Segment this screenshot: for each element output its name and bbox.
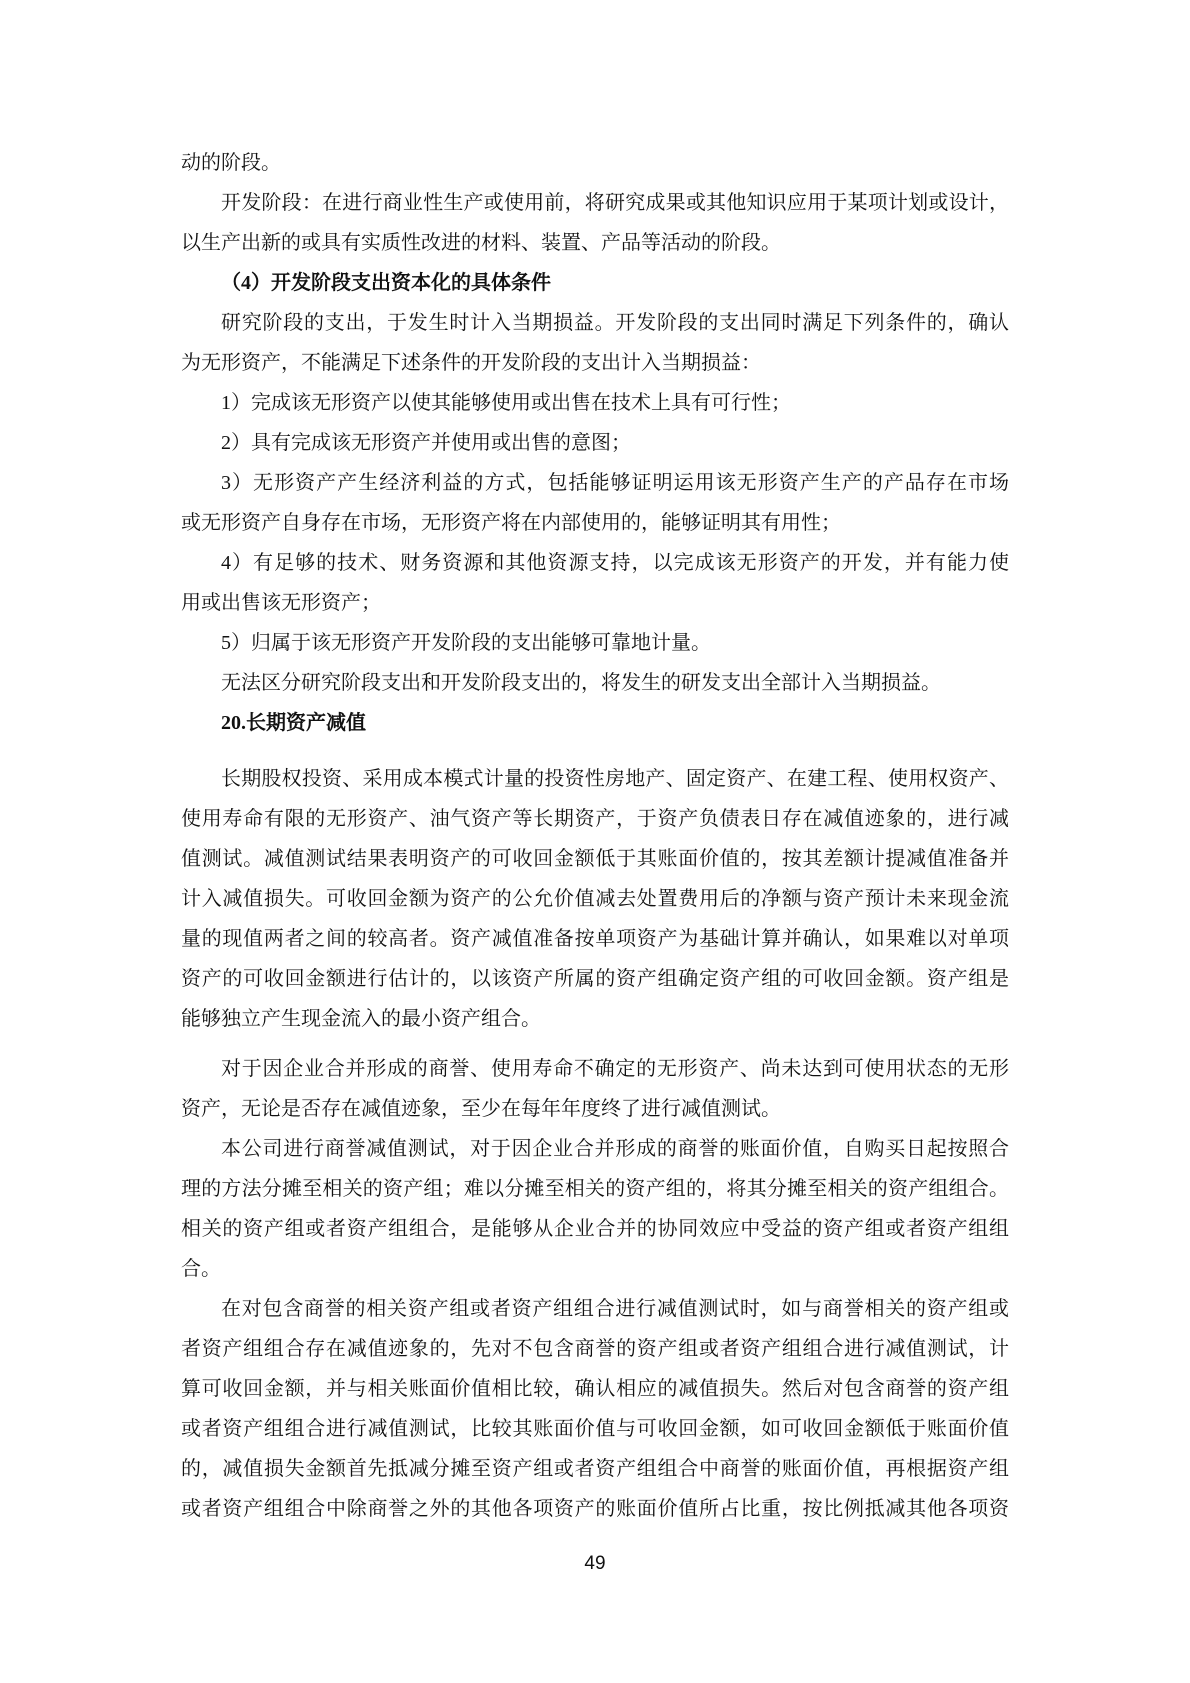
heading-line: （4）开发阶段支出资本化的具体条件 [181,263,1009,303]
paragraph: 无法区分研究阶段支出和开发阶段支出的，将发生的研发支出全部计入当期损益。 [181,663,1009,703]
paragraph: 对于因企业合并形成的商誉、使用寿命不确定的无形资产、尚未达到可使用状态的无形资产… [181,1049,1009,1129]
text-line: 长期股权投资、采用成本模式计量的投资性房地产、固定资产、在建工程、使用权资产、 [181,759,1009,799]
paragraph: 4）有足够的技术、财务资源和其他资源支持，以完成该无形资产的开发，并有能力使用或… [181,543,1009,623]
document-page: 动的阶段。开发阶段：在进行商业性生产或使用前，将研究成果或其他知识应用于某项计划… [0,0,1190,1683]
text-line: 合。 [181,1249,1009,1289]
text-line: 使用寿命有限的无形资产、油气资产等长期资产，于资产负债表日存在减值迹象的，进行减 [181,799,1009,839]
text-line: 在对包含商誉的相关资产组或者资产组组合进行减值测试时，如与商誉相关的资产组或 [181,1289,1009,1329]
text-line: 以生产出新的或具有实质性改进的材料、装置、产品等活动的阶段。 [181,223,1009,263]
paragraph: 动的阶段。 [181,143,1009,183]
text-line: 无法区分研究阶段支出和开发阶段支出的，将发生的研发支出全部计入当期损益。 [181,663,1009,703]
text-line: 1）完成该无形资产以使其能够使用或出售在技术上具有可行性； [181,383,1009,423]
text-line: 研究阶段的支出，于发生时计入当期损益。开发阶段的支出同时满足下列条件的，确认 [181,303,1009,343]
text-line: 能够独立产生现金流入的最小资产组合。 [181,999,1009,1039]
text-line: 开发阶段：在进行商业性生产或使用前，将研究成果或其他知识应用于某项计划或设计， [181,183,1009,223]
text-line: 5）归属于该无形资产开发阶段的支出能够可靠地计量。 [181,623,1009,663]
text-line: 4）有足够的技术、财务资源和其他资源支持，以完成该无形资产的开发，并有能力使 [181,543,1009,583]
paragraph: 本公司进行商誉减值测试，对于因企业合并形成的商誉的账面价值，自购买日起按照合理的… [181,1129,1009,1289]
paragraph: 3）无形资产产生经济利益的方式，包括能够证明运用该无形资产生产的产品存在市场或无… [181,463,1009,543]
paragraph: 2）具有完成该无形资产并使用或出售的意图； [181,423,1009,463]
page-number: 49 [0,1553,1190,1575]
paragraph: 5）归属于该无形资产开发阶段的支出能够可靠地计量。 [181,623,1009,663]
paragraph: 研究阶段的支出，于发生时计入当期损益。开发阶段的支出同时满足下列条件的，确认为无… [181,303,1009,383]
text-line: 3）无形资产产生经济利益的方式，包括能够证明运用该无形资产生产的产品存在市场 [181,463,1009,503]
text-line: 2）具有完成该无形资产并使用或出售的意图； [181,423,1009,463]
text-line: 资产，无论是否存在减值迹象，至少在每年年度终了进行减值测试。 [181,1089,1009,1129]
document-body: 动的阶段。开发阶段：在进行商业性生产或使用前，将研究成果或其他知识应用于某项计划… [181,143,1009,1529]
text-line: 或者资产组组合中除商誉之外的其他各项资产的账面价值所占比重，按比例抵减其他各项资 [181,1489,1009,1529]
text-line: 资产的可收回金额进行估计的，以该资产所属的资产组确定资产组的可收回金额。资产组是 [181,959,1009,999]
text-line: 为无形资产，不能满足下述条件的开发阶段的支出计入当期损益： [181,343,1009,383]
text-line: 用或出售该无形资产； [181,583,1009,623]
paragraph: 开发阶段：在进行商业性生产或使用前，将研究成果或其他知识应用于某项计划或设计，以… [181,183,1009,263]
paragraph: 长期股权投资、采用成本模式计量的投资性房地产、固定资产、在建工程、使用权资产、使… [181,759,1009,1039]
text-line: 计入减值损失。可收回金额为资产的公允价值减去处置费用后的净额与资产预计未来现金流 [181,879,1009,919]
text-line: 动的阶段。 [181,143,1009,183]
text-line: 理的方法分摊至相关的资产组；难以分摊至相关的资产组的，将其分摊至相关的资产组组合… [181,1169,1009,1209]
section-heading: 20.长期资产减值 [181,703,1009,743]
text-line: 算可收回金额，并与相关账面价值相比较，确认相应的减值损失。然后对包含商誉的资产组 [181,1369,1009,1409]
heading-line: 20.长期资产减值 [181,703,1009,743]
text-line: 相关的资产组或者资产组组合，是能够从企业合并的协同效应中受益的资产组或者资产组组 [181,1209,1009,1249]
text-line: 或无形资产自身存在市场，无形资产将在内部使用的，能够证明其有用性； [181,503,1009,543]
text-line: 的，减值损失金额首先抵减分摊至资产组或者资产组组合中商誉的账面价值，再根据资产组 [181,1449,1009,1489]
paragraph: 1）完成该无形资产以使其能够使用或出售在技术上具有可行性； [181,383,1009,423]
text-line: 对于因企业合并形成的商誉、使用寿命不确定的无形资产、尚未达到可使用状态的无形 [181,1049,1009,1089]
text-line: 值测试。减值测试结果表明资产的可收回金额低于其账面价值的，按其差额计提减值准备并 [181,839,1009,879]
section-heading: （4）开发阶段支出资本化的具体条件 [181,263,1009,303]
text-line: 本公司进行商誉减值测试，对于因企业合并形成的商誉的账面价值，自购买日起按照合 [181,1129,1009,1169]
text-line: 量的现值两者之间的较高者。资产减值准备按单项资产为基础计算并确认，如果难以对单项 [181,919,1009,959]
text-line: 或者资产组组合进行减值测试，比较其账面价值与可收回金额，如可收回金额低于账面价值 [181,1409,1009,1449]
paragraph: 在对包含商誉的相关资产组或者资产组组合进行减值测试时，如与商誉相关的资产组或者资… [181,1289,1009,1529]
text-line: 者资产组组合存在减值迹象的，先对不包含商誉的资产组或者资产组组合进行减值测试，计 [181,1329,1009,1369]
